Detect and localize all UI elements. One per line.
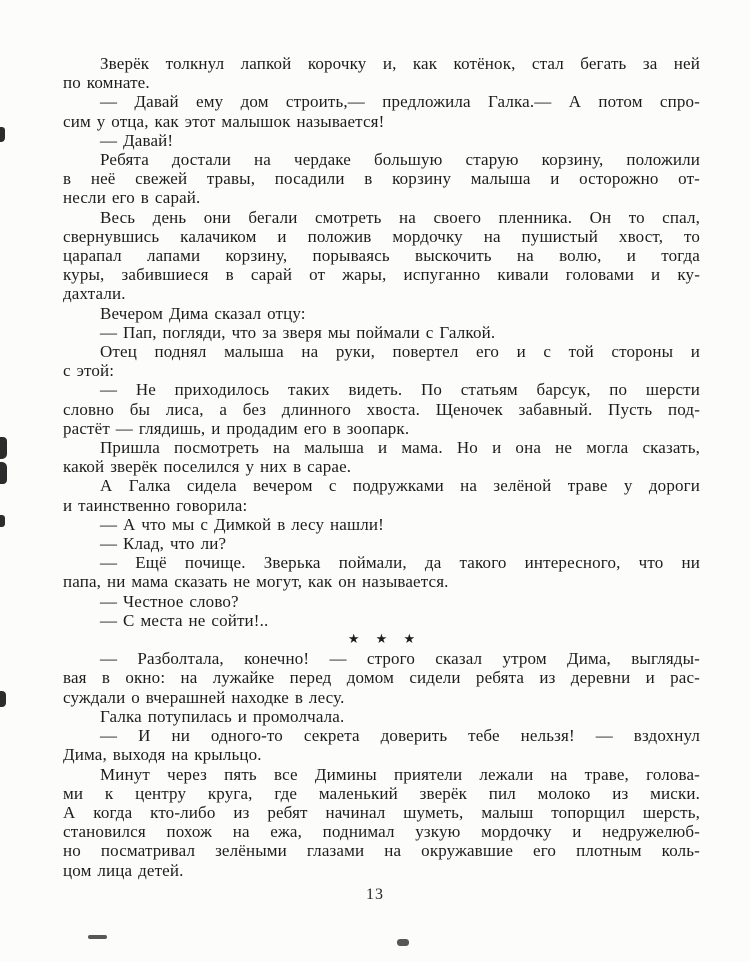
text-line: Галка потупилась и промолчала. bbox=[63, 707, 700, 726]
scan-artifact bbox=[0, 691, 6, 707]
paragraph: — Не приходилось таких видеть. По статья… bbox=[63, 380, 700, 438]
page-text: Зверёк толкнул лапкой корочку и, как кот… bbox=[63, 54, 700, 880]
text-line: словно бы лиса, а без длинного хвоста. Щ… bbox=[63, 400, 700, 419]
text-line: — Давай ему дом строить,— предложила Гал… bbox=[63, 92, 700, 111]
scan-artifact bbox=[0, 462, 7, 484]
paragraph: Вечером Дима сказал отцу: bbox=[63, 304, 700, 323]
text-line: Минут через пять все Димины приятели леж… bbox=[63, 765, 700, 784]
text-line: свернувшись калачиком и положив мордочку… bbox=[63, 227, 700, 246]
text-line: суждали о вчерашней находке в лесу. bbox=[63, 688, 700, 707]
text-line: — С места не сойти!.. bbox=[63, 611, 700, 630]
section-separator: ★ ★ ★ bbox=[63, 630, 700, 649]
text-line: А Галка сидела вечером с подружками на з… bbox=[63, 476, 700, 495]
paragraph: Весь день они бегали смотреть на своего … bbox=[63, 208, 700, 304]
scan-artifact bbox=[397, 939, 409, 946]
paragraph: Пришла посмотреть на малыша и мама. Но и… bbox=[63, 438, 700, 476]
text-line: — Разболтала, конечно! — строго сказал у… bbox=[63, 649, 700, 668]
text-line: Отец поднял малыша на руки, повертел его… bbox=[63, 342, 700, 361]
text-line: Вечером Дима сказал отцу: bbox=[63, 304, 700, 323]
paragraph: — Давай ему дом строить,— предложила Гал… bbox=[63, 92, 700, 130]
text-line: по комнате. bbox=[63, 73, 700, 92]
text-line: царапал лапами корзину, порываясь выскоч… bbox=[63, 246, 700, 265]
text-line: — Честное слово? bbox=[63, 592, 700, 611]
page-number: 13 bbox=[0, 886, 750, 904]
paragraph: — Клад, что ли? bbox=[63, 534, 700, 553]
paragraph: — Разболтала, конечно! — строго сказал у… bbox=[63, 649, 700, 707]
paragraph: Отец поднял малыша на руки, повертел его… bbox=[63, 342, 700, 380]
scan-artifact bbox=[88, 935, 107, 939]
paragraph: А Галка сидела вечером с подружками на з… bbox=[63, 476, 700, 514]
text-line: вая в окно: на лужайке перед домом сидел… bbox=[63, 668, 700, 687]
text-line: Пришла посмотреть на малыша и мама. Но и… bbox=[63, 438, 700, 457]
text-line: — Пап, погляди, что за зверя мы поймали … bbox=[63, 323, 700, 342]
text-line: — А что мы с Димкой в лесу нашли! bbox=[63, 515, 700, 534]
scan-artifact bbox=[0, 127, 5, 142]
text-line: несли его в сарай. bbox=[63, 188, 700, 207]
text-line: Весь день они бегали смотреть на своего … bbox=[63, 208, 700, 227]
paragraph: — А что мы с Димкой в лесу нашли! bbox=[63, 515, 700, 534]
paragraph: — Давай! bbox=[63, 131, 700, 150]
text-line: — Не приходилось таких видеть. По статья… bbox=[63, 380, 700, 399]
text-line: но посматривал зелёными глазами на окруж… bbox=[63, 841, 700, 860]
scan-artifact bbox=[0, 437, 7, 459]
text-line: цом лица детей. bbox=[63, 861, 700, 880]
text-line: какой зверёк поселился у них в сарае. bbox=[63, 457, 700, 476]
text-line: Ребята достали на чердаке большую старую… bbox=[63, 150, 700, 169]
text-line: с этой: bbox=[63, 361, 700, 380]
paragraph: — И ни одного-то секрета доверить тебе н… bbox=[63, 726, 700, 764]
text-line: А когда кто-либо из ребят начинал шуметь… bbox=[63, 803, 700, 822]
paragraph: — Пап, погляди, что за зверя мы поймали … bbox=[63, 323, 700, 342]
text-line: папа, ни мама сказать не могут, как он н… bbox=[63, 572, 700, 591]
text-line: ми к центру круга, где маленький зверёк … bbox=[63, 784, 700, 803]
text-line: дахтали. bbox=[63, 284, 700, 303]
book-page: Зверёк толкнул лапкой корочку и, как кот… bbox=[0, 0, 750, 962]
text-line: сим у отца, как этот малышок называется! bbox=[63, 112, 700, 131]
scan-artifact bbox=[0, 515, 5, 527]
paragraph: Галка потупилась и промолчала. bbox=[63, 707, 700, 726]
paragraph: Минут через пять все Димины приятели леж… bbox=[63, 765, 700, 880]
text-line: — Клад, что ли? bbox=[63, 534, 700, 553]
paragraph: Зверёк толкнул лапкой корочку и, как кот… bbox=[63, 54, 700, 92]
text-line: растёт — глядишь, и продадим его в зоопа… bbox=[63, 419, 700, 438]
paragraph: — С места не сойти!.. bbox=[63, 611, 700, 630]
text-line: Дима, выходя на крыльцо. bbox=[63, 745, 700, 764]
text-line: становился похож на ежа, поднимал узкую … bbox=[63, 822, 700, 841]
paragraph: — Ещё почище. Зверька поймали, да такого… bbox=[63, 553, 700, 591]
paragraph: Ребята достали на чердаке большую старую… bbox=[63, 150, 700, 208]
text-line: куры, забившиеся в сарай от жары, испуга… bbox=[63, 265, 700, 284]
text-line: и таинственно говорила: bbox=[63, 496, 700, 515]
text-line: — Давай! bbox=[63, 131, 700, 150]
text-line: Зверёк толкнул лапкой корочку и, как кот… bbox=[63, 54, 700, 73]
text-line: — Ещё почище. Зверька поймали, да такого… bbox=[63, 553, 700, 572]
paragraph: — Честное слово? bbox=[63, 592, 700, 611]
text-line: — И ни одного-то секрета доверить тебе н… bbox=[63, 726, 700, 745]
text-line: в неё свежей травы, посадили в корзину м… bbox=[63, 169, 700, 188]
